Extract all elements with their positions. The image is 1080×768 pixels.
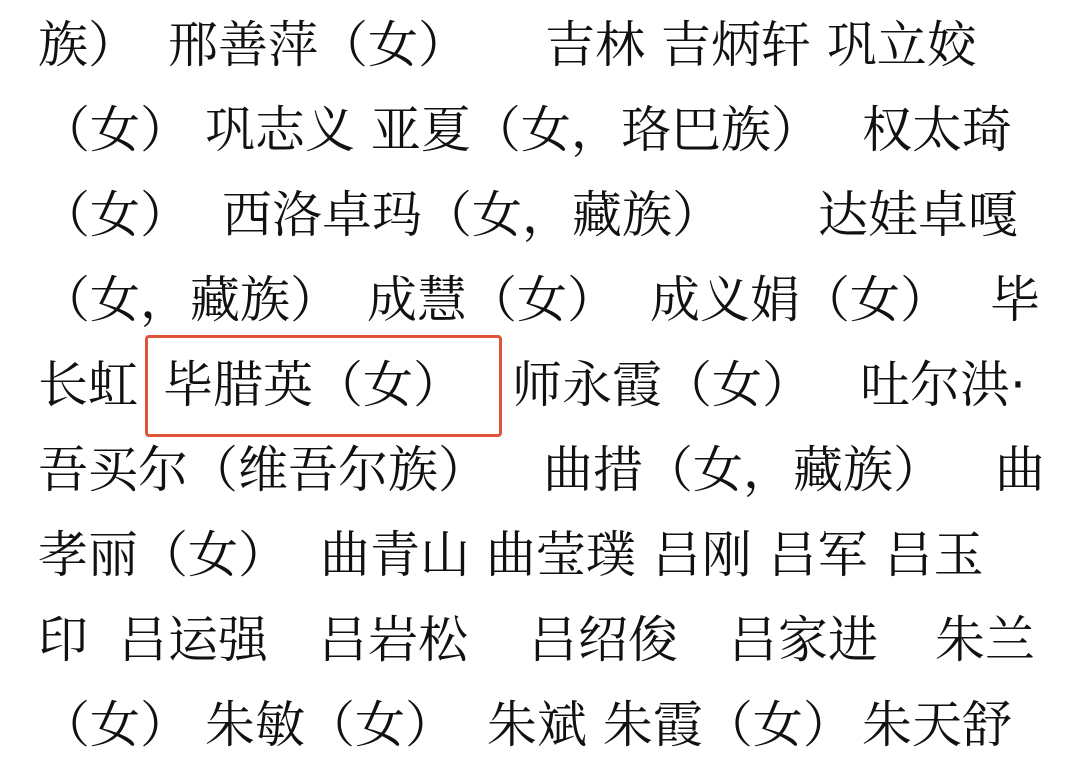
name-entry: 印 <box>38 597 88 683</box>
name-entry: 成义娟（女） <box>650 257 950 343</box>
name-entry: 师永霞（女） <box>512 342 812 428</box>
text-line-7: 孝丽（女） 曲青山 曲莹璞 吕刚 吕军 吕玉 <box>0 512 1080 598</box>
name-entry: 权太琦 <box>862 87 1012 173</box>
name-entry: 朱兰 <box>935 597 1035 683</box>
name-entry: 成慧（女） <box>367 257 617 343</box>
text-segment: （女） <box>40 172 190 258</box>
name-entry: 曲青山 曲莹璞 吕刚 吕军 吕玉 <box>320 512 984 598</box>
name-entry: 朱天舒 <box>862 682 1012 768</box>
name-entry: 西洛卓玛（女，藏族） <box>222 172 722 258</box>
name-entry: 毕 <box>990 257 1040 343</box>
name-entry: 曲 <box>995 427 1045 513</box>
text-line-4: （女，藏族） 成慧（女） 成义娟（女） 毕 <box>0 257 1080 343</box>
name-entry: 吕家进 <box>728 597 878 683</box>
name-entry: 吕运强 <box>118 597 268 683</box>
name-entry: 吕岩松 <box>318 597 468 683</box>
name-entry: 巩志义 亚夏（女，珞巴族） <box>205 87 821 173</box>
name-entry: 吾买尔（维吾尔族） <box>38 427 488 513</box>
document-page: 族） 邢善萍（女） 吉林 吉炳轩 巩立姣 （女） 巩志义 亚夏（女，珞巴族） 权… <box>0 0 1080 768</box>
text-segment: （女） <box>40 682 190 768</box>
text-line-1: 族） 邢善萍（女） 吉林 吉炳轩 巩立姣 <box>0 2 1080 88</box>
text-line-6: 吾买尔（维吾尔族） 曲措（女，藏族） 曲 <box>0 427 1080 513</box>
text-line-2: （女） 巩志义 亚夏（女，珞巴族） 权太琦 <box>0 87 1080 173</box>
text-segment: 族） <box>38 2 138 88</box>
name-entry: 朱敏（女） <box>205 682 455 768</box>
text-line-8: 印 吕运强 吕岩松 吕绍俊 吕家进 朱兰 <box>0 597 1080 683</box>
text-segment: （女） <box>40 87 190 173</box>
name-entry: 吐尔洪· <box>860 342 1026 428</box>
name-entry: 达娃卓嘎 <box>818 172 1018 258</box>
name-entry: 吕绍俊 <box>528 597 678 683</box>
text-line-9: （女） 朱敏（女） 朱斌 朱霞（女） 朱天舒 <box>0 682 1080 768</box>
name-entry: 吉林 吉炳轩 巩立姣 <box>545 2 977 88</box>
text-segment: （女，藏族） <box>40 257 340 343</box>
text-line-3: （女） 西洛卓玛（女，藏族） 达娃卓嘎 <box>0 172 1080 258</box>
name-entry: 长虹 <box>38 342 138 428</box>
name-entry: 邢善萍（女） <box>168 2 468 88</box>
name-entry: 朱斌 朱霞（女） <box>487 682 853 768</box>
name-entry: 曲措（女，藏族） <box>543 427 943 513</box>
highlight-box <box>145 335 502 437</box>
name-entry: 孝丽（女） <box>38 512 288 598</box>
